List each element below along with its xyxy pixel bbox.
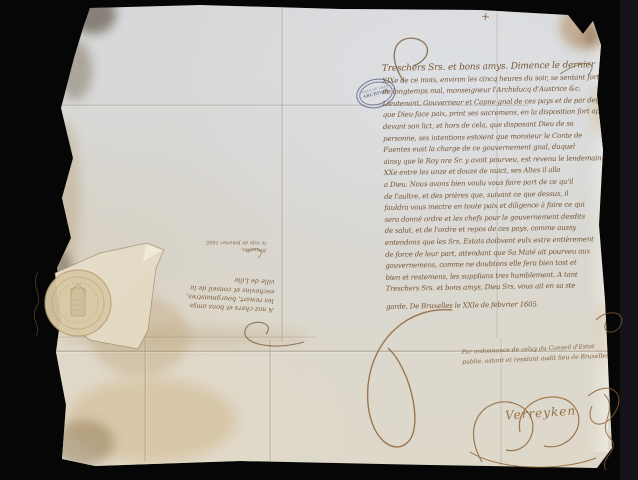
manuscript-line: Treschers Srs. et bons amys, Dieu Srs. v… [386,280,608,295]
photographed-manuscript: 9 152 + VILLE DE LILLE ARCHIVES · · · · … [0,0,638,480]
signature-name: Verreyken [505,404,577,423]
manuscript-text-block: Treschers Srs. et bons amys. Dimence le … [382,60,608,313]
address-panel-upside-down: A noz chers et bons amys les rewart, bou… [145,271,275,314]
archival-number-bottom: 152 [57,31,77,41]
invocation-cross: + [480,9,491,23]
manuscript-dateline: garde. De Bruxelles le XXIe de febvrier … [386,298,608,313]
backdrop-edge [620,0,638,480]
stain [54,420,114,466]
fold-crease [144,340,147,462]
stamp-text-bottom: · · · · · [372,95,383,101]
archival-number-top: 9 [57,20,77,31]
stain [50,120,80,270]
fold-crease [269,340,272,462]
fold-crease [281,6,284,342]
docket-note-upside-down: Bruxelles, le xxje de febvrier 1605 [170,237,266,253]
stain [58,40,92,100]
stain [70,0,116,34]
countersignature-block: Par ordonnance de celuy du Conseil d'Est… [462,340,638,368]
stain [560,4,608,50]
letter-sheet: 9 152 + VILLE DE LILLE ARCHIVES · · · · … [0,0,638,480]
flap-scribble [34,272,38,336]
archival-number: 9 152 [57,20,77,41]
